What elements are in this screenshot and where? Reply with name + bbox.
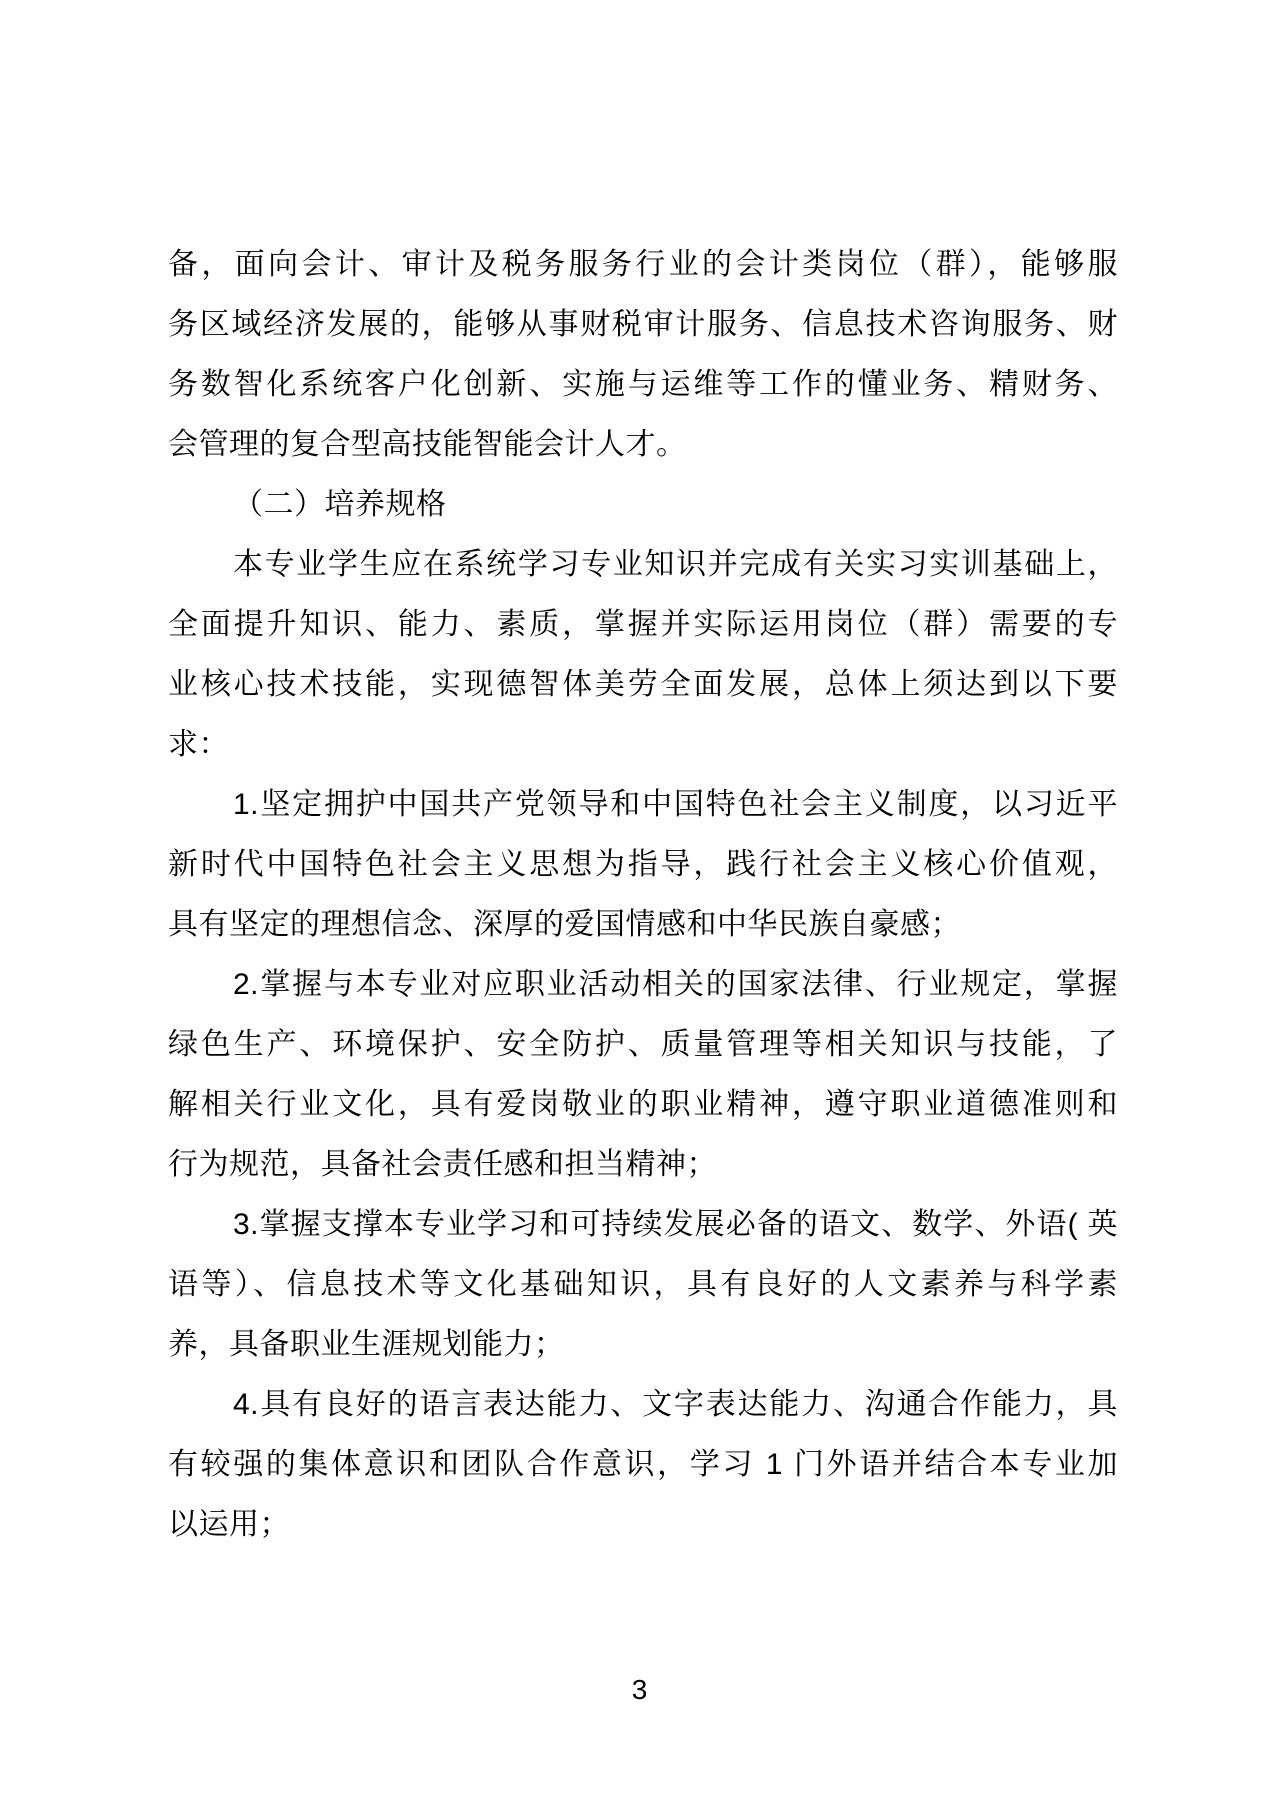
text-line: 务数智化系统客户化创新、实施与运维等工作的懂业务、精财务、 <box>168 355 1118 415</box>
paragraph-continuation: 备，面向会计、审计及税务服务行业的会计类岗位（群），能够服 务区域经济发展的，能… <box>168 235 1118 475</box>
section-heading: （二）培养规格 <box>168 475 1118 535</box>
text-line: 全面提升知识、能力、素质，掌握并实际运用岗位（群）需要的专 <box>168 595 1118 655</box>
text-line: 业核心技术技能，实现德智体美劳全面发展，总体上须达到以下要 <box>168 655 1118 715</box>
text-line: 2.掌握与本专业对应职业活动相关的国家法律、行业规定，掌握 <box>168 955 1118 1015</box>
text-line: 行为规范，具备社会责任感和担当精神； <box>168 1135 1118 1195</box>
page-number: 3 <box>0 1662 1279 1718</box>
numbered-item-4: 4.具有良好的语言表达能力、文字表达能力、沟通合作能力，具 有较强的集体意识和团… <box>168 1375 1118 1555</box>
text-line: 有较强的集体意识和团队合作意识，学习 1 门外语并结合本专业加 <box>168 1435 1118 1495</box>
text-line: 备，面向会计、审计及税务服务行业的会计类岗位（群），能够服 <box>168 235 1118 295</box>
text-line: 4.具有良好的语言表达能力、文字表达能力、沟通合作能力，具 <box>168 1375 1118 1435</box>
text-line: 会管理的复合型高技能智能会计人才。 <box>168 415 1118 475</box>
text-line: 新时代中国特色社会主义思想为指导，践行社会主义核心价值观， <box>168 835 1118 895</box>
text-line: 语等）、信息技术等文化基础知识，具有良好的人文素养与科学素 <box>168 1255 1118 1315</box>
numbered-item-1: 1.坚定拥护中国共产党领导和中国特色社会主义制度，以习近平 新时代中国特色社会主… <box>168 775 1118 955</box>
text-line: 务区域经济发展的，能够从事财税审计服务、信息技术咨询服务、财 <box>168 295 1118 355</box>
text-line: 以运用； <box>168 1495 1118 1555</box>
document-page: 备，面向会计、审计及税务服务行业的会计类岗位（群），能够服 务区域经济发展的，能… <box>0 0 1279 1809</box>
text-body: 备，面向会计、审计及税务服务行业的会计类岗位（群），能够服 务区域经济发展的，能… <box>168 235 1118 1555</box>
text-line: 求： <box>168 715 1118 775</box>
text-line: 绿色生产、环境保护、安全防护、质量管理等相关知识与技能，了 <box>168 1015 1118 1075</box>
numbered-item-3: 3.掌握支撑本专业学习和可持续发展必备的语文、数学、外语( 英 语等）、信息技术… <box>168 1195 1118 1375</box>
text-line: 1.坚定拥护中国共产党领导和中国特色社会主义制度，以习近平 <box>168 775 1118 835</box>
text-line: 解相关行业文化，具有爱岗敬业的职业精神，遵守职业道德准则和 <box>168 1075 1118 1135</box>
paragraph-body: 本专业学生应在系统学习专业知识并完成有关实习实训基础上， 全面提升知识、能力、素… <box>168 535 1118 775</box>
numbered-item-2: 2.掌握与本专业对应职业活动相关的国家法律、行业规定，掌握 绿色生产、环境保护、… <box>168 955 1118 1195</box>
section-heading-line: （二）培养规格 <box>168 475 1118 535</box>
text-line: 3.掌握支撑本专业学习和可持续发展必备的语文、数学、外语( 英 <box>168 1195 1118 1255</box>
text-line: 具有坚定的理想信念、深厚的爱国情感和中华民族自豪感； <box>168 895 1118 955</box>
text-line: 本专业学生应在系统学习专业知识并完成有关实习实训基础上， <box>168 535 1118 595</box>
text-line: 养，具备职业生涯规划能力； <box>168 1315 1118 1375</box>
